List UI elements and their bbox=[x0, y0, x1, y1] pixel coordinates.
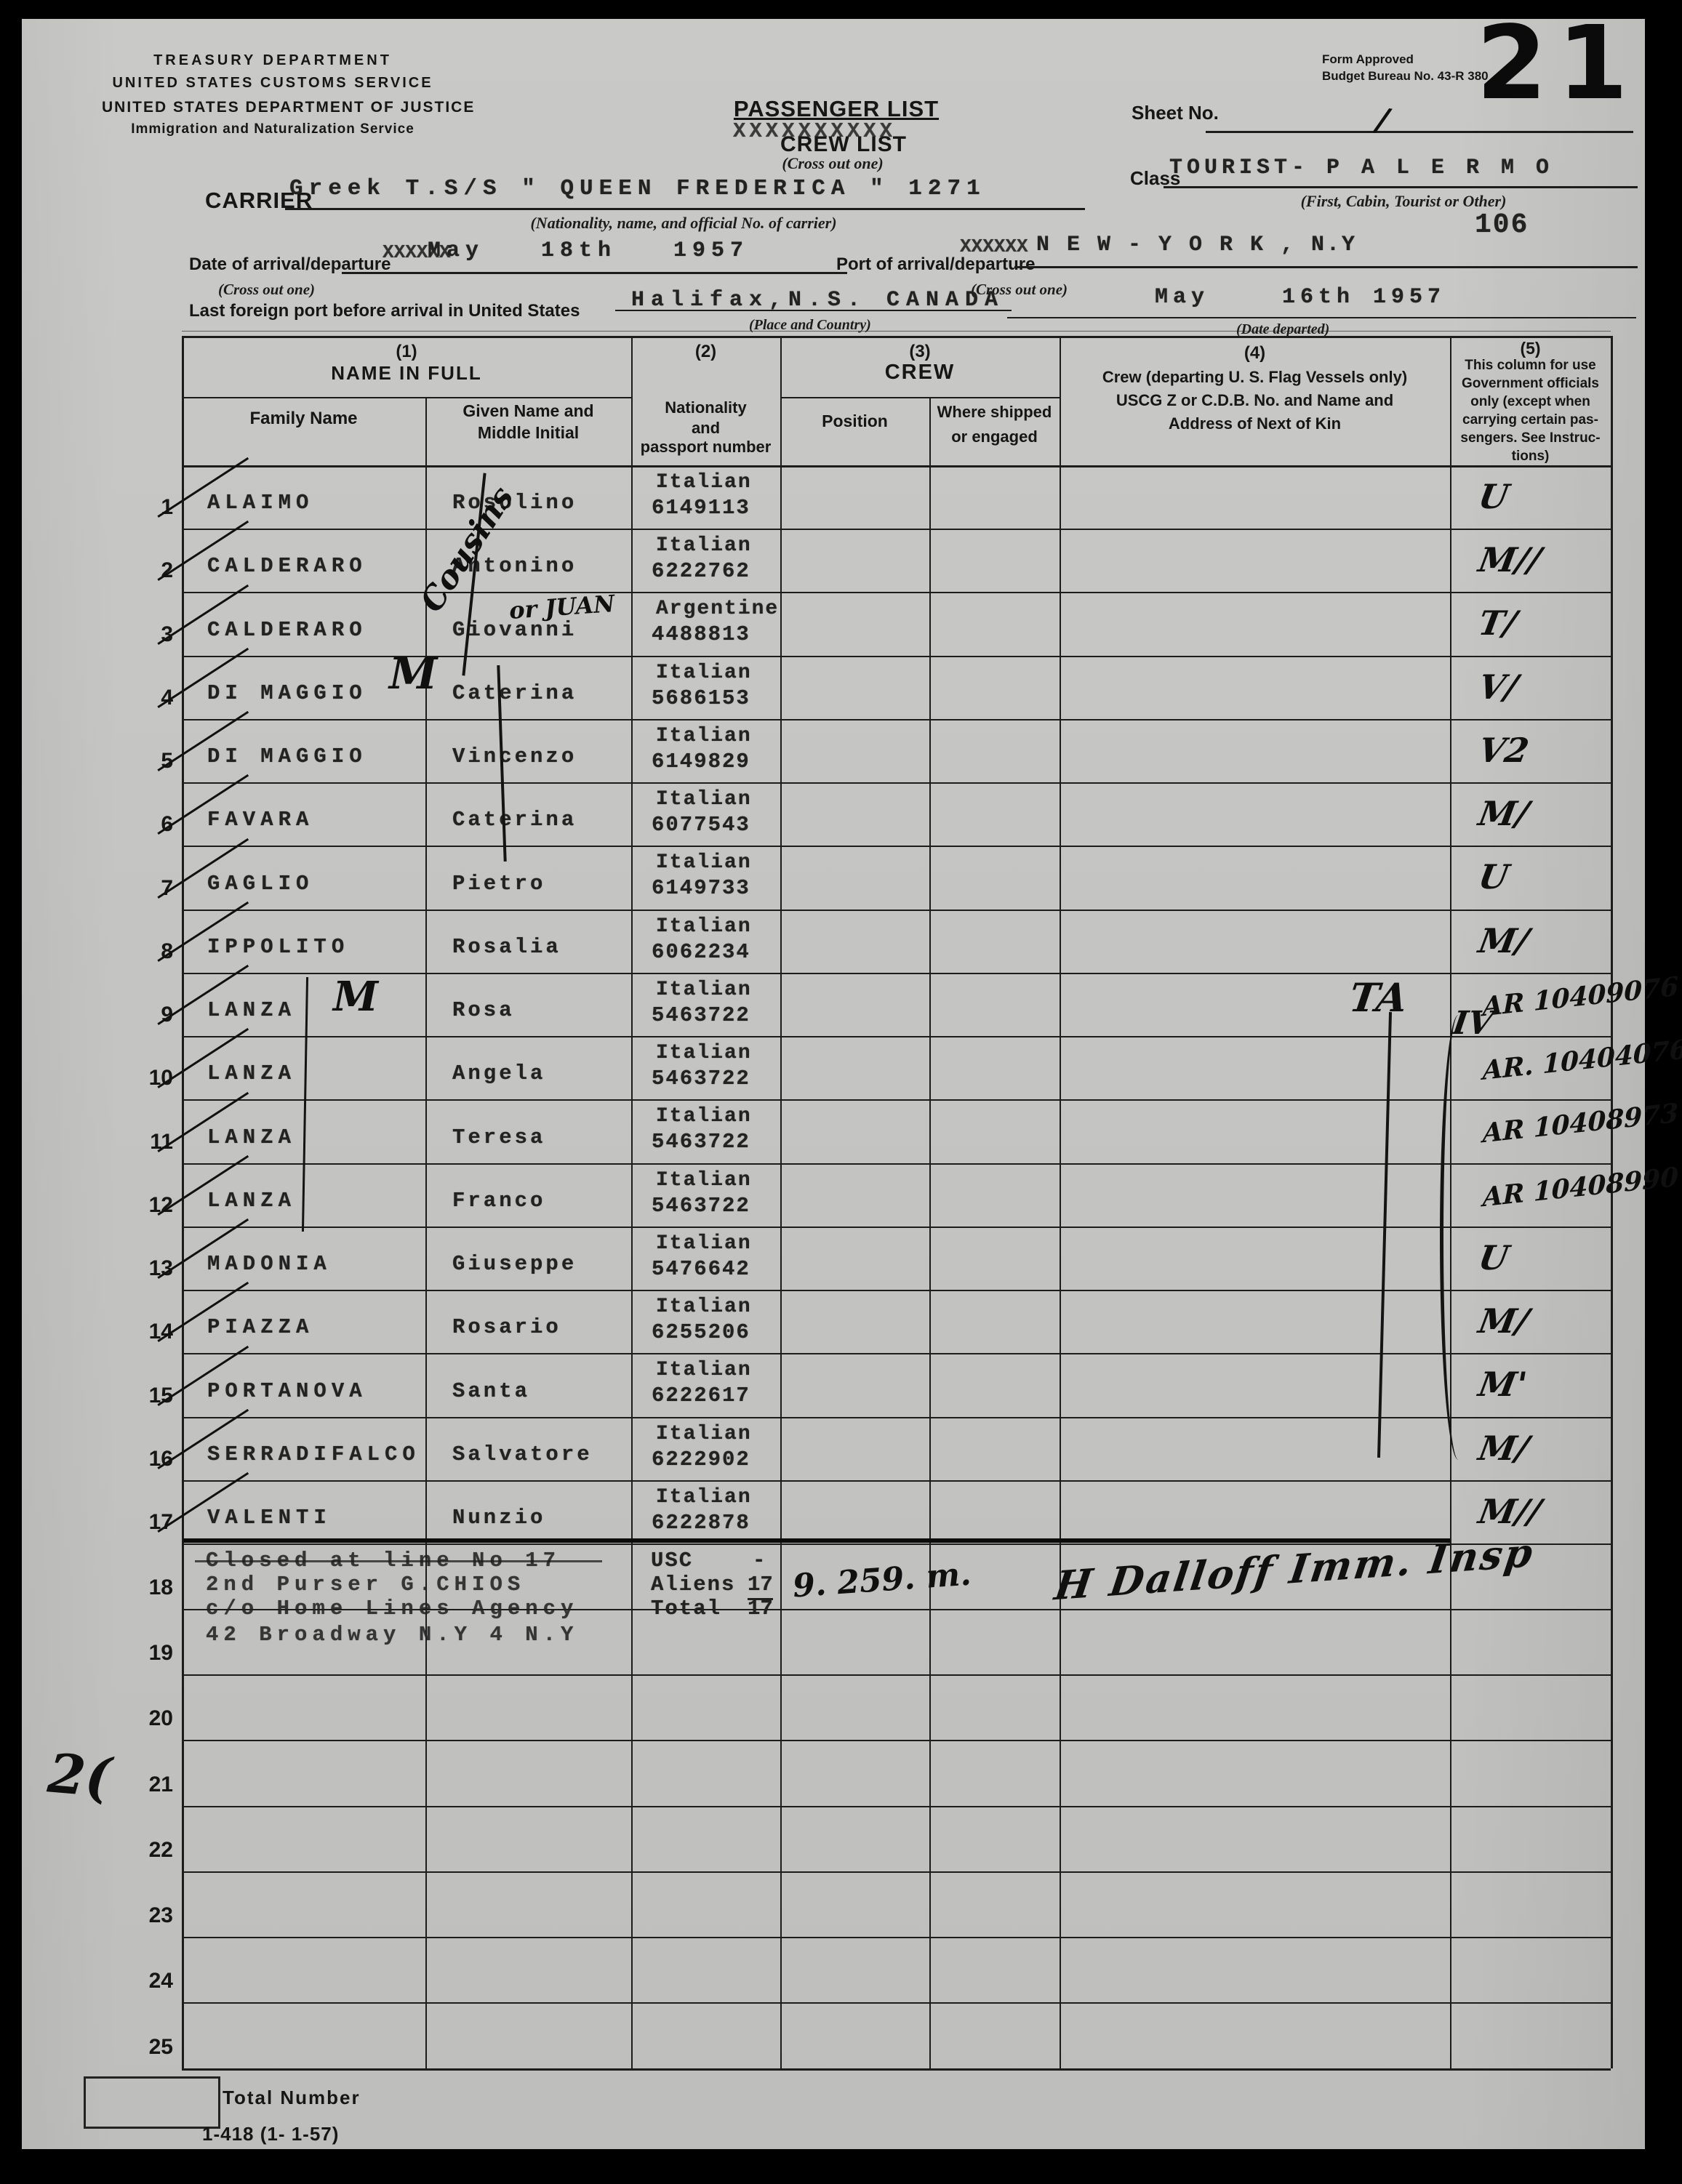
nationality: Italian bbox=[656, 662, 752, 684]
last-foreign-port-label: Last foreign port before arrival in Unit… bbox=[189, 301, 580, 321]
row-number: 1 bbox=[122, 495, 173, 520]
official-endorsement: M/ bbox=[1475, 1429, 1531, 1468]
family-name: ALAIMO bbox=[207, 491, 313, 515]
col5-header-line: sengers. See Instruc- bbox=[1450, 430, 1611, 446]
row-number: 4 bbox=[122, 686, 173, 710]
family-name: SERRADIFALCO bbox=[207, 1442, 420, 1466]
form-number: 1-418 (1- 1-57) bbox=[202, 2123, 339, 2145]
row-number: 6 bbox=[122, 812, 173, 837]
col3b-header-line: or engaged bbox=[929, 427, 1060, 446]
official-endorsement: T/ bbox=[1475, 603, 1520, 643]
family-name: LANZA bbox=[207, 1189, 296, 1213]
table-row-line bbox=[182, 1353, 1611, 1354]
row-number: 7 bbox=[122, 876, 173, 901]
row-number: 12 bbox=[122, 1193, 173, 1218]
nationality: Italian bbox=[656, 851, 752, 874]
passport-number: 6222617 bbox=[652, 1384, 750, 1408]
family-name: LANZA bbox=[207, 1125, 296, 1149]
table-column-line bbox=[425, 397, 427, 2068]
total-number-label: Total Number bbox=[223, 2087, 361, 2109]
row-number: 11 bbox=[122, 1130, 173, 1155]
official-endorsement: M/ bbox=[1475, 1301, 1531, 1341]
family-name: PIAZZA bbox=[207, 1315, 313, 1339]
cross-out-note: (Cross out one) bbox=[742, 154, 924, 173]
nationality: Italian bbox=[656, 915, 752, 938]
date-hint: (Cross out one) bbox=[218, 281, 315, 299]
table-row-line bbox=[182, 1227, 1611, 1228]
group-bracket bbox=[1440, 1015, 1477, 1460]
passport-number: 5463722 bbox=[652, 1067, 750, 1091]
nationality: Italian bbox=[656, 1169, 752, 1192]
table-row-line bbox=[182, 592, 1611, 593]
passport-number: 6149829 bbox=[652, 750, 750, 774]
family-name: VALENTI bbox=[207, 1506, 332, 1530]
col5-header-line: only (except when bbox=[1450, 394, 1611, 410]
table-row-line bbox=[182, 1163, 1611, 1165]
table-header-mid-line bbox=[182, 397, 631, 398]
passport-number: 6077543 bbox=[652, 813, 750, 837]
row-number: 16 bbox=[122, 1447, 173, 1472]
row-number: 5 bbox=[122, 749, 173, 774]
class-hint: (First, Cabin, Tourist or Other) bbox=[1185, 192, 1622, 211]
row-number: 14 bbox=[122, 1320, 173, 1344]
nationality: Italian bbox=[656, 1105, 752, 1128]
col3a-header: Position bbox=[780, 411, 929, 431]
official-endorsement: V/ bbox=[1475, 667, 1521, 707]
nationality: Italian bbox=[656, 471, 752, 494]
col1b-header-line: Middle Initial bbox=[425, 423, 631, 443]
passport-number: 5686153 bbox=[652, 686, 750, 710]
given-name: Teresa bbox=[452, 1125, 545, 1149]
closing-line: 2nd Purser G.CHIOS bbox=[206, 1573, 525, 1597]
carrier-value: Greek T.S/S " QUEEN FREDERICA " 1271 bbox=[289, 176, 986, 201]
row-number: 3 bbox=[122, 622, 173, 647]
total-label: Total bbox=[651, 1597, 721, 1621]
iv-annotation: IV bbox=[1450, 1005, 1495, 1042]
row-number: 2 bbox=[122, 558, 173, 583]
row-number: 15 bbox=[122, 1384, 173, 1408]
table-column-line bbox=[182, 336, 184, 2068]
table-column-line bbox=[1611, 336, 1613, 2068]
table-row-line bbox=[182, 2002, 1611, 2004]
row9-handwritten-mark: M bbox=[333, 973, 378, 1021]
col2-number: (2) bbox=[631, 342, 780, 362]
col3b-header-line: Where shipped bbox=[929, 403, 1060, 422]
document-number: 106 bbox=[1475, 209, 1529, 241]
table-row-line bbox=[182, 719, 1611, 720]
given-name: Salvatore bbox=[452, 1442, 593, 1466]
closing-line: c/o Home Lines Agency bbox=[206, 1597, 578, 1621]
table-row-line bbox=[182, 1480, 1611, 1482]
col2-header-line: passport number bbox=[631, 438, 780, 457]
last-foreign-port-value: Halifax,N.S. CANADA bbox=[631, 288, 1004, 313]
row-number: 24 bbox=[111, 1969, 173, 1994]
port-of-arrival-value: N E W - Y O R K , N.Y bbox=[1036, 233, 1357, 257]
family-name: CALDERARO bbox=[207, 554, 367, 578]
family-name: LANZA bbox=[207, 998, 296, 1022]
row-number: 8 bbox=[122, 939, 173, 964]
given-name: Pietro bbox=[452, 872, 545, 896]
row-number: 18 bbox=[111, 1575, 173, 1600]
table-row-line bbox=[182, 1099, 1611, 1101]
agency-header: TREASURY DEPARTMENT UNITED STATES CUSTOM… bbox=[102, 52, 444, 137]
official-endorsement: M/ bbox=[1475, 794, 1531, 833]
table-column-line bbox=[780, 336, 782, 2068]
table-row-line bbox=[182, 782, 1611, 784]
col1a-header: Family Name bbox=[182, 409, 425, 429]
table-row-line bbox=[182, 529, 1611, 530]
page-number-stamp: 21 bbox=[1476, 4, 1638, 123]
family-name: FAVARA bbox=[207, 808, 313, 832]
row-number: 23 bbox=[111, 1903, 173, 1928]
col5-header-line: This column for use bbox=[1450, 358, 1611, 374]
table-header-mid-line bbox=[780, 397, 1060, 398]
date-of-arrival-value: May 18th 1957 bbox=[428, 238, 749, 263]
last-foreign-port-line bbox=[615, 310, 1012, 311]
row-number: 17 bbox=[122, 1510, 173, 1535]
sheet-no-label: Sheet No. bbox=[1132, 102, 1219, 124]
family-name: MADONIA bbox=[207, 1252, 332, 1276]
table-row-line bbox=[182, 2068, 1611, 2071]
table-column-line bbox=[929, 397, 931, 2068]
passport-number: 6222902 bbox=[652, 1448, 750, 1472]
family-name: DI MAGGIO bbox=[207, 681, 367, 705]
official-endorsement: M' bbox=[1475, 1365, 1530, 1404]
official-endorsement: M// bbox=[1475, 1492, 1544, 1531]
col5-header-line: carrying certain pas- bbox=[1450, 412, 1611, 428]
total-value: 17 bbox=[748, 1597, 773, 1621]
table-row-line bbox=[182, 1871, 1611, 1873]
table-row-line bbox=[182, 846, 1611, 847]
title-strikeover-xs: XXXXXXXXXX bbox=[733, 119, 896, 143]
row-number: 10 bbox=[122, 1066, 173, 1091]
col3-title: CREW bbox=[780, 361, 1060, 385]
passport-number: 5463722 bbox=[652, 1194, 750, 1218]
family-name: CALDERARO bbox=[207, 618, 367, 642]
agency-line: Immigration and Naturalization Service bbox=[102, 121, 444, 137]
col4-header-line: Address of Next of Kin bbox=[1060, 414, 1450, 433]
table-row-line bbox=[182, 1937, 1611, 1938]
table-column-line bbox=[1060, 336, 1061, 2068]
passport-number: 4488813 bbox=[652, 622, 750, 646]
given-name: Caterina bbox=[452, 681, 577, 705]
sheet-no-line bbox=[1206, 131, 1633, 133]
nationality: Italian bbox=[656, 788, 752, 811]
form-approved-line: Form Approved bbox=[1322, 52, 1489, 67]
row-number: 9 bbox=[122, 1003, 173, 1027]
usc-value: - bbox=[753, 1549, 765, 1573]
margin-handwritten-number: 2( bbox=[45, 1742, 113, 1810]
form-approved-block: Form Approved Budget Bureau No. 43-R 380 bbox=[1322, 52, 1489, 84]
family-name: GAGLIO bbox=[207, 872, 313, 896]
closing-line: 42 Broadway N.Y 4 N.Y bbox=[206, 1623, 578, 1647]
nationality: Italian bbox=[656, 725, 752, 747]
table-row-line bbox=[182, 910, 1611, 911]
col4-header-line: Crew (departing U. S. Flag Vessels only) bbox=[1060, 368, 1450, 387]
given-name: Angela bbox=[452, 1061, 545, 1085]
col1-number: (1) bbox=[182, 342, 631, 362]
nationality: Italian bbox=[656, 1359, 752, 1381]
passport-number: 6062234 bbox=[652, 940, 750, 964]
passport-number: 6222762 bbox=[652, 559, 750, 583]
usc-label: USC bbox=[651, 1549, 693, 1573]
table-row-line bbox=[182, 1806, 1611, 1807]
col1-title: NAME IN FULL bbox=[182, 362, 631, 385]
nationality: Italian bbox=[656, 1423, 752, 1445]
row-number: 20 bbox=[111, 1706, 173, 1731]
family-name: DI MAGGIO bbox=[207, 744, 367, 768]
given-name: Rosa bbox=[452, 998, 515, 1022]
port-line bbox=[1014, 266, 1638, 268]
passenger-list-title: PASSENGER LIST bbox=[727, 96, 945, 122]
row-number: 13 bbox=[122, 1256, 173, 1281]
col4-number: (4) bbox=[1060, 343, 1450, 364]
port-strikeover-xs: XXXXXX bbox=[960, 236, 1028, 257]
port-of-arrival-label: Port of arrival/departure bbox=[836, 254, 1035, 275]
col4-header-line: USCG Z or C.D.B. No. and Name and bbox=[1060, 391, 1450, 410]
table-row-line bbox=[182, 1036, 1611, 1037]
col5-number: (5) bbox=[1450, 339, 1611, 358]
nationality: Italian bbox=[656, 1296, 752, 1318]
class-value: TOURIST- P A L E R M O bbox=[1169, 156, 1553, 180]
family-name: LANZA bbox=[207, 1061, 296, 1085]
table-row-line bbox=[182, 1290, 1611, 1291]
col2-header-line: and bbox=[631, 419, 780, 438]
family-name: PORTANOVA bbox=[207, 1379, 367, 1403]
row-number: 22 bbox=[111, 1838, 173, 1863]
table-top-line bbox=[182, 336, 1611, 338]
nationality: Argentine bbox=[656, 598, 779, 620]
family-name: IPPOLITO bbox=[207, 935, 349, 959]
table-column-line bbox=[631, 336, 633, 2068]
given-name: Rosario bbox=[452, 1315, 561, 1339]
total-number-box bbox=[84, 2076, 220, 2129]
row-number: 25 bbox=[111, 2035, 173, 2060]
given-name: Nunzio bbox=[452, 1506, 545, 1530]
table-row-line bbox=[182, 1417, 1611, 1418]
col5-header-line: tions) bbox=[1450, 449, 1611, 465]
passport-number: 5476642 bbox=[652, 1257, 750, 1281]
table-header-bottom-line bbox=[182, 465, 1611, 467]
col5-header-line: Government officials bbox=[1450, 376, 1611, 392]
date-departed-line bbox=[1007, 317, 1636, 318]
nationality: Italian bbox=[656, 1486, 752, 1509]
passport-number: 6149113 bbox=[652, 496, 750, 520]
given-name: Santa bbox=[452, 1379, 530, 1403]
ta-annotation: TA bbox=[1347, 974, 1411, 1021]
nationality: Italian bbox=[656, 979, 752, 1001]
row-number: 19 bbox=[111, 1641, 173, 1666]
class-line bbox=[1164, 186, 1638, 188]
closed-heavy-line bbox=[183, 1538, 1450, 1543]
date-line bbox=[342, 272, 847, 274]
given-name: Franco bbox=[452, 1189, 545, 1213]
agency-line: UNITED STATES CUSTOMS SERVICE bbox=[102, 75, 444, 92]
given-name: Giuseppe bbox=[452, 1252, 577, 1276]
passport-number: 6149733 bbox=[652, 876, 750, 900]
closing-strike bbox=[195, 1560, 602, 1562]
table-top-line bbox=[182, 331, 1611, 332]
given-name: Vincenzo bbox=[452, 744, 577, 768]
col3-number: (3) bbox=[780, 342, 1060, 362]
nationality: Italian bbox=[656, 1042, 752, 1064]
aliens-label: Aliens bbox=[651, 1573, 735, 1597]
row4-handwritten-mark: M bbox=[389, 649, 437, 699]
given-name: Rosalia bbox=[452, 935, 561, 959]
official-endorsement: M/ bbox=[1475, 921, 1531, 960]
col2-header-line: Nationality bbox=[631, 398, 780, 417]
official-endorsement: V2 bbox=[1475, 731, 1531, 770]
carrier-line bbox=[285, 208, 1085, 210]
row-number: 21 bbox=[111, 1773, 173, 1797]
passport-number: 5463722 bbox=[652, 1130, 750, 1154]
passport-number: 5463722 bbox=[652, 1003, 750, 1027]
table-row-line bbox=[182, 1740, 1611, 1741]
given-name: Caterina bbox=[452, 808, 577, 832]
table-row-line bbox=[182, 1674, 1611, 1676]
carrier-hint: (Nationality, name, and official No. of … bbox=[465, 214, 902, 233]
agency-line: TREASURY DEPARTMENT bbox=[102, 52, 444, 69]
col1b-header-line: Given Name and bbox=[425, 401, 631, 421]
agency-line: UNITED STATES DEPARTMENT OF JUSTICE bbox=[102, 99, 444, 116]
form-approved-line: Budget Bureau No. 43-R 380 bbox=[1322, 69, 1489, 84]
official-endorsement: M// bbox=[1475, 540, 1544, 579]
passport-number: 6255206 bbox=[652, 1320, 750, 1344]
passport-number: 6222878 bbox=[652, 1511, 750, 1535]
nationality: Italian bbox=[656, 534, 752, 557]
scanned-passenger-list-page: TREASURY DEPARTMENT UNITED STATES CUSTOM… bbox=[0, 0, 1682, 2184]
date-departed-value: May 16th 1957 bbox=[1155, 285, 1446, 310]
nationality: Italian bbox=[656, 1232, 752, 1255]
